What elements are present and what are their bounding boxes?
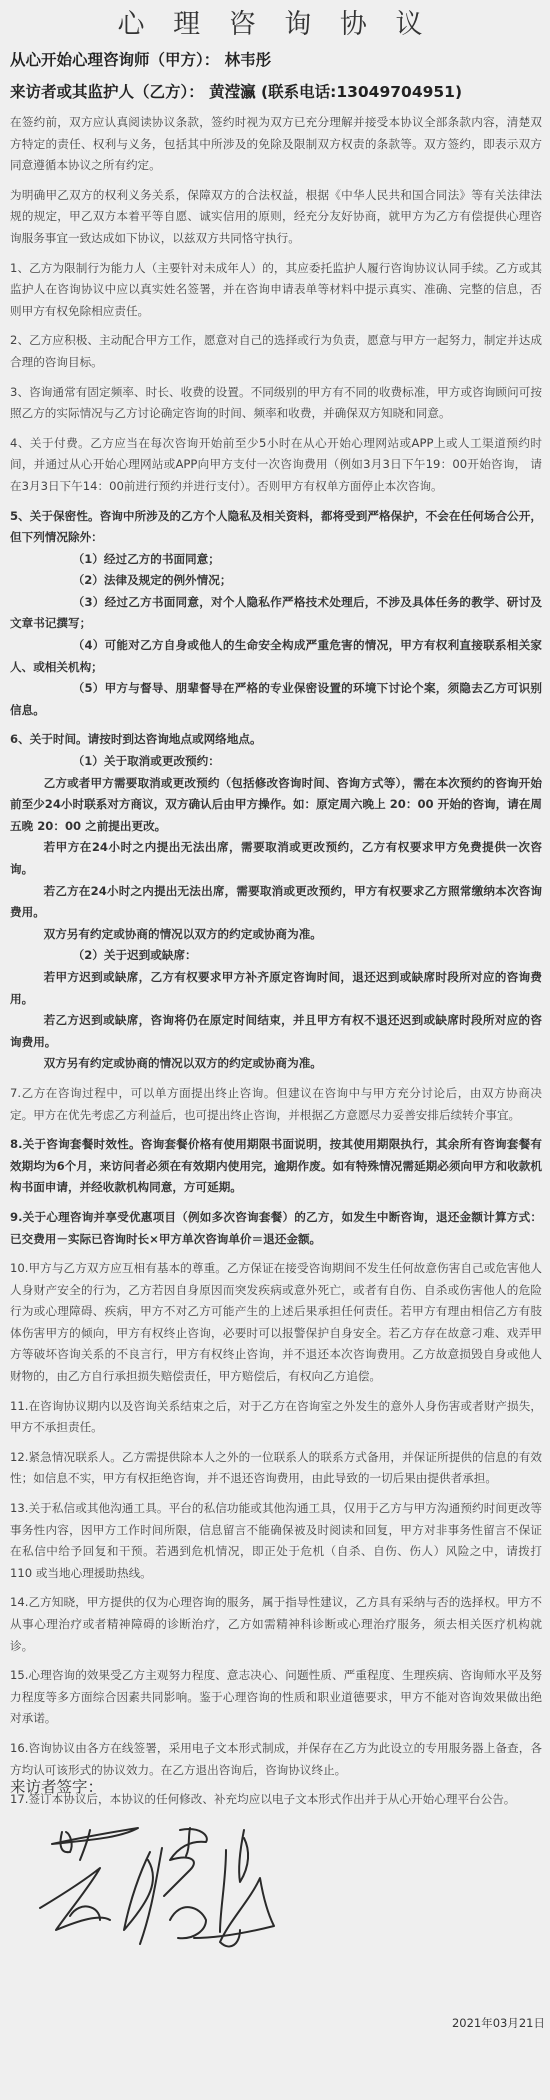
clause-6-sub2-text: 若甲方迟到或缺席，乙方有权要求甲方补齐原定咨询时间，退还迟到或缺席时段所对应的咨… (10, 967, 542, 1010)
clause-4: 4、关于付费。乙方应当在每次咨询开始前至少5小时在从心开始心理网站或APP上或人… (10, 433, 542, 498)
party-a-heading: 从心开始心理咨询师（甲方）： 林韦彤 (10, 48, 271, 70)
signature-label: 来访者签字： (10, 1775, 103, 1797)
clause-15: 15.心理咨询的效果受乙方主观努力程度、意志决心、问题性质、严重程度、生理疾病、… (10, 1665, 542, 1730)
clause-3: 3、咨询通常有固定频率、时长、收费的设置。不同级别的甲方有不同的收费标准，甲方或… (10, 382, 542, 425)
clause-5-item: （2）法律及规定的例外情况； (10, 570, 542, 592)
clause-10: 10.甲方与乙方双方应互相有基本的尊重。乙方保证在接受咨询期间不发生任何故意伤害… (10, 1258, 542, 1388)
clause-5-item: （4）可能对乙方自身或他人的生命安全构成严重危害的情况，甲方有权利直接联系相关家… (10, 635, 542, 678)
clause-6-sub2-text: 双方另有约定或协商的情况以双方的约定或协商为准。 (10, 1053, 542, 1075)
clause-6-sub1-title: （1）关于取消或更改预约： (10, 751, 542, 773)
party-b-heading: 来访者或其监护人（乙方）： 黄滢瀛 (联系电话:13049704951) (10, 80, 462, 102)
clause-6-sub1-text: 乙方或者甲方需要取消或更改预约（包括修改咨询时间、咨询方式等），需在本次预约的咨… (10, 773, 542, 838)
clause-6-sub1-text: 双方另有约定或协商的情况以双方的约定或协商为准。 (10, 924, 542, 946)
clause-5-item: （3）经过乙方书面同意，对个人隐私作严格技术处理后，不涉及具体任务的教学、研讨及… (10, 592, 542, 635)
clause-5-head: 5、关于保密性。咨询中所涉及的乙方个人隐私及相关资料，都将受到严格保护，不会在任… (10, 506, 542, 549)
clause-12: 12.紧急情况联系人。乙方需提供除本人之外的一位联系人的联系方式备用，并保证所提… (10, 1447, 542, 1490)
clause-8: 8.关于咨询套餐时效性。咨询套餐价格有使用期限书面说明，按其使用期限执行，其余所… (10, 1134, 542, 1199)
clause-5-item: （5）甲方与督导、朋辈督导在严格的专业保密设置的环境下讨论个案，须隐去乙方可识别… (10, 678, 542, 721)
signing-date: 2021年03月21日 (452, 2015, 545, 2031)
handwritten-signature-image (30, 1820, 290, 1960)
clause-5-item: （1）经过乙方的书面同意； (10, 549, 542, 571)
clause-6-head: 6、关于时间。请按时到达咨询地点或网络地点。 (10, 729, 542, 751)
clause-7: 7.乙方在咨询过程中，可以单方面提出终止咨询。但建议在咨询中与甲方充分讨论后，由… (10, 1083, 542, 1126)
intro-paragraph: 在签约前，双方应认真阅读协议条款，签约时视为双方已充分理解并接受本协议全部条款内… (10, 112, 542, 177)
clause-6-sub2-text: 若乙方迟到或缺席，咨询将仍在原定时间结束，并且甲方有权不退还迟到或缺席时段所对应… (10, 1010, 542, 1053)
clause-1: 1、乙方为限制行为能力人（主要针对未成年人）的，其应委托监护人履行咨询协议认同手… (10, 258, 542, 323)
clause-13: 13.关于私信或其他沟通工具。平台的私信功能或其他沟通工具，仅用于乙方与甲方沟通… (10, 1498, 542, 1584)
page-title: 心 理 咨 询 协 议 (0, 2, 550, 41)
agreement-body: 在签约前，双方应认真阅读协议条款，签约时视为双方已充分理解并接受本协议全部条款内… (10, 112, 542, 1819)
clause-9: 9.关于心理咨询并享受优惠项目（例如多次咨询套餐）的乙方，如发生中断咨询，退还金… (10, 1207, 542, 1250)
clause-6-sub2-title: （2）关于迟到或缺席： (10, 945, 542, 967)
clause-11: 11.在咨询协议期内以及咨询关系结束之后，对于乙方在咨询室之外发生的意外人身伤害… (10, 1396, 542, 1439)
intro-paragraph: 为明确甲乙双方的权利义务关系，保障双方的合法权益，根据《中华人民共和国合同法》等… (10, 185, 542, 250)
clause-6-sub1-text: 若乙方在24小时之内提出无法出席，需要取消或更改预约，甲方有权要求乙方照常缴纳本… (10, 881, 542, 924)
clause-14: 14.乙方知晓，甲方提供的仅为心理咨询的服务，属于指导性建议，乙方具有采纳与否的… (10, 1592, 542, 1657)
clause-2: 2、乙方应积极、主动配合甲方工作，愿意对自己的选择或行为负责，愿意与甲方一起努力… (10, 330, 542, 373)
clause-6-sub1-text: 若甲方在24小时之内提出无法出席，需要取消或更改预约，乙方有权要求甲方免费提供一… (10, 837, 542, 880)
